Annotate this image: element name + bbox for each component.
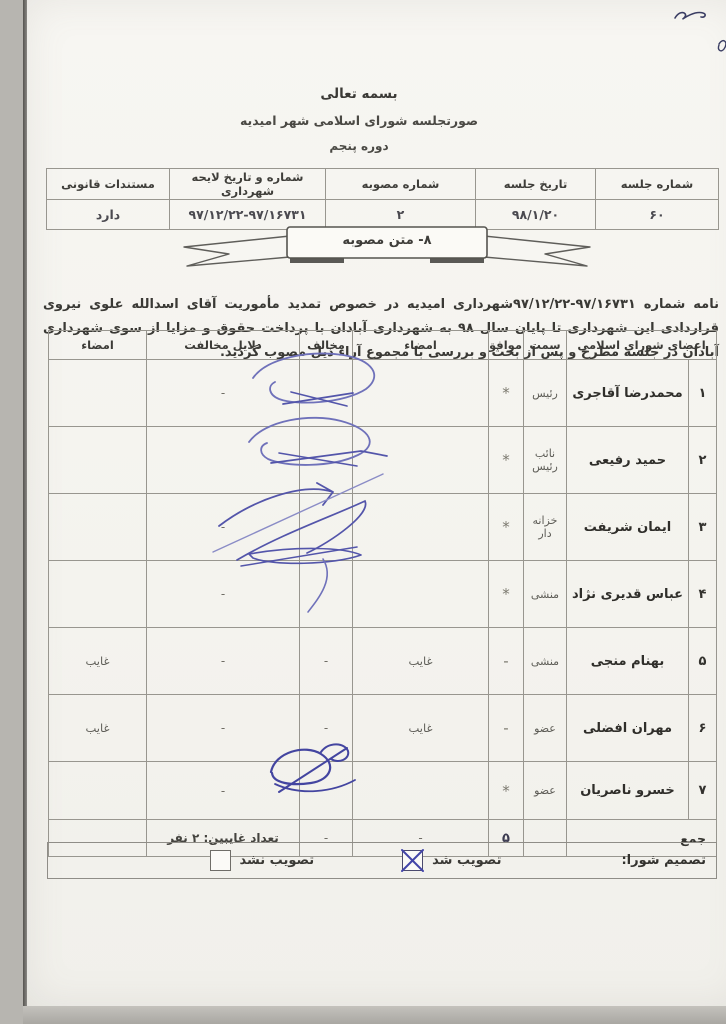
vote-table: اعضای شورای اسلامی سمت موافق امضاء مخالف…	[25, 330, 694, 857]
document-title: صورتجلسه شورای اسلامی شهر امیدیه	[0, 113, 695, 128]
scanned-page: بسمه تعالی صورتجلسه شورای اسلامی شهر امی…	[4, 0, 722, 1006]
member-role: منشی	[500, 628, 543, 695]
scan-edge-left	[0, 0, 4, 1006]
checkbox-empty-icon	[187, 850, 208, 871]
member-name: خسرو ناصریان	[543, 762, 665, 820]
member-agree: -	[465, 628, 500, 695]
member-row: ۱محمدرضا آقاجریرئیس*-	[25, 360, 693, 427]
member-role: رئیس	[500, 360, 543, 427]
header-bill-number-date: شماره و تاریخ لایحه شهرداری	[147, 169, 303, 200]
member-sign2: غایب	[25, 628, 123, 695]
member-agree: *	[465, 762, 500, 820]
header-signature: امضاء	[329, 331, 465, 360]
member-no: ۶	[666, 695, 694, 762]
member-name: محمدرضا آقاجری	[543, 360, 665, 427]
member-sign: غایب	[329, 628, 465, 695]
header-session-number: شماره جلسه	[573, 169, 696, 200]
header-session-date: تاریخ جلسه	[453, 169, 573, 200]
checkbox-checked-icon	[379, 850, 400, 871]
member-agree: *	[465, 494, 500, 561]
member-oppose	[276, 762, 329, 820]
member-role: خزانه دار	[500, 494, 543, 561]
decision-label: تصمیم شورا:	[598, 853, 683, 868]
member-sign2: غایب	[25, 695, 123, 762]
ribbon-banner-icon	[154, 224, 574, 274]
member-oppose	[276, 494, 329, 561]
council-decision-row: تصمیم شورا: تصویب شد تصویب نشد	[24, 842, 694, 879]
header-oppose: مخالف	[276, 331, 329, 360]
header-legal-docs: مستندات قانونی	[24, 169, 147, 200]
council-term: دوره پنجم	[0, 139, 695, 153]
member-no: ۲	[666, 427, 694, 494]
member-row: ۲حمید رفیعینائب رئیس*	[25, 427, 693, 494]
member-oppose	[276, 360, 329, 427]
member-agree: *	[465, 427, 500, 494]
member-no: ۴	[666, 561, 694, 628]
info-header-row: شماره جلسه تاریخ جلسه شماره مصوبه شماره …	[24, 169, 696, 200]
approved-label: تصویب شد	[409, 853, 478, 868]
member-sign2	[25, 360, 123, 427]
member-oppose	[276, 427, 329, 494]
member-oppose	[276, 561, 329, 628]
value-legal-docs: دارد	[24, 200, 147, 230]
member-reason: -	[123, 762, 276, 820]
rejected-label: تصویب نشد	[217, 853, 292, 868]
header-resolution-number: شماره مصوبه	[303, 169, 453, 200]
member-agree: *	[465, 561, 500, 628]
pen-scribble	[644, 4, 714, 59]
member-agree: -	[465, 695, 500, 762]
member-role: منشی	[500, 561, 543, 628]
header-opposition-reasons: دلایل مخالفت	[123, 331, 276, 360]
member-row: ۶مهران افضلیعضو-غایب--غایب	[25, 695, 693, 762]
member-no: ۱	[666, 360, 694, 427]
member-name: عباس قدیری نژاد	[543, 561, 665, 628]
member-reason: -	[123, 494, 276, 561]
member-name: حمید رفیعی	[543, 427, 665, 494]
member-sign2	[25, 561, 123, 628]
member-name: ایمان شریفت	[543, 494, 665, 561]
member-sign2	[25, 762, 123, 820]
member-name: بهنام منجی	[543, 628, 665, 695]
session-info-table: شماره جلسه تاریخ جلسه شماره مصوبه شماره …	[23, 168, 696, 230]
scan-edge-bottom	[0, 1006, 726, 1024]
member-oppose: -	[276, 628, 329, 695]
member-sign: غایب	[329, 695, 465, 762]
banner-label: ۸- متن مصوبه	[154, 233, 574, 248]
member-reason: -	[123, 561, 276, 628]
value-session-number: ۶۰	[573, 200, 696, 230]
member-no: ۵	[666, 628, 694, 695]
member-name: مهران افضلی	[543, 695, 665, 762]
member-reason: -	[123, 360, 276, 427]
member-no: ۳	[666, 494, 694, 561]
option-rejected: تصویب نشد	[187, 850, 292, 871]
member-role: نائب رئیس	[500, 427, 543, 494]
member-agree: *	[465, 360, 500, 427]
member-row: ۵بهنام منجیمنشی-غایب--غایب	[25, 628, 693, 695]
member-sign	[329, 427, 465, 494]
header-agree: موافق	[465, 331, 500, 360]
member-sign2	[25, 494, 123, 561]
option-approved: تصویب شد	[379, 850, 478, 871]
header-signature-2: امضاء	[25, 331, 123, 360]
member-row: ۳ایمان شریفتخزانه دار*-	[25, 494, 693, 561]
header-council-members: اعضای شورای اسلامی	[543, 331, 693, 360]
letter-number: ۹۷/۱۲/۲۲-۹۷/۱۶۷۳۱	[490, 297, 613, 312]
member-reason: -	[123, 628, 276, 695]
member-oppose: -	[276, 695, 329, 762]
ribbon-banner: ۸- متن مصوبه	[154, 224, 574, 274]
member-sign	[329, 561, 465, 628]
member-reason: -	[123, 695, 276, 762]
member-row: ۴عباس قدیری نژادمنشی*-	[25, 561, 693, 628]
member-role: عضو	[500, 762, 543, 820]
vote-table-body: ۱محمدرضا آقاجریرئیس*-۲حمید رفیعینائب رئی…	[25, 360, 693, 820]
member-sign	[329, 762, 465, 820]
member-reason	[123, 427, 276, 494]
member-sign	[329, 494, 465, 561]
member-sign2	[25, 427, 123, 494]
member-sign	[329, 360, 465, 427]
member-row: ۷خسرو ناصریانعضو*-	[25, 762, 693, 820]
bismillah-heading: بسمه تعالی	[0, 86, 695, 102]
member-no: ۷	[666, 762, 694, 820]
member-role: عضو	[500, 695, 543, 762]
vote-header-row: اعضای شورای اسلامی سمت موافق امضاء مخالف…	[25, 331, 693, 360]
vote-table-wrap: اعضای شورای اسلامی سمت موافق امضاء مخالف…	[24, 330, 694, 835]
header-position: سمت	[500, 331, 543, 360]
